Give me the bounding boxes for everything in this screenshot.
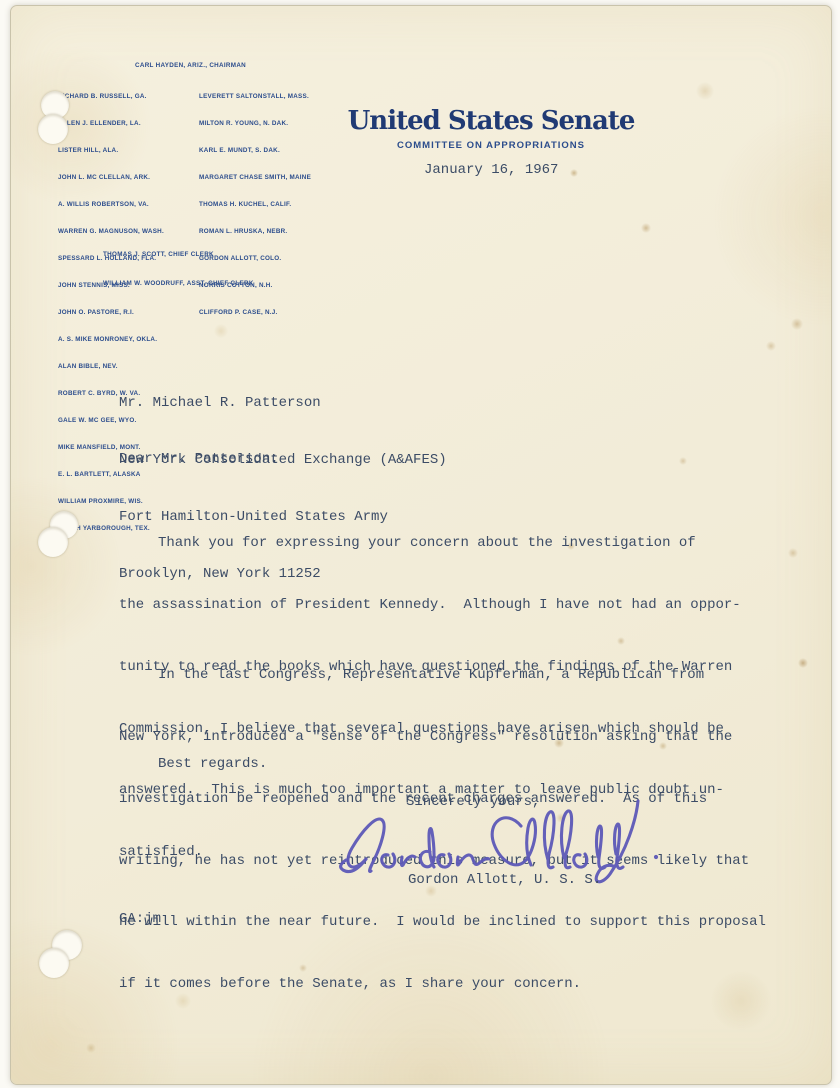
chairman-line: CARL HAYDEN, ARIZ., CHAIRMAN — [135, 62, 246, 69]
body-line: the assassination of President Kennedy. … — [119, 595, 741, 616]
body-line: New York, introduced a "sense of the Con… — [119, 727, 766, 748]
body-line: Thank you for expressing your concern ab… — [119, 533, 741, 554]
committee-name: COMMITTEE ON APPROPRIATIONS — [341, 140, 641, 151]
body-line: In the last Congress, Representative Kup… — [119, 665, 766, 686]
punch-hole — [38, 527, 68, 557]
salutation: Dear Mr. Patterson: — [119, 451, 279, 467]
recipient-line: Mr. Michael R. Patterson — [119, 394, 447, 413]
clerk-name: THOMAS J. SCOTT, CHIEF CLERK — [103, 250, 254, 260]
senator-name: LISTER HILL, ALA. — [58, 146, 164, 155]
clerk-name: WILLIAM W. WOODRUFF, ASST. CHIEF CLERK — [103, 279, 254, 289]
body-line: he will within the near future. I would … — [119, 912, 766, 933]
senator-name: THOMAS H. KUCHEL, CALIF. — [199, 200, 311, 209]
regards-line: Best regards. — [158, 756, 267, 772]
punch-hole — [39, 948, 69, 978]
senator-name: RICHARD B. RUSSELL, GA. — [58, 92, 164, 101]
typist-reference: GA:jm — [119, 911, 161, 927]
senator-name: A. WILLIS ROBERTSON, VA. — [58, 200, 164, 209]
senator-name: CLIFFORD P. CASE, N.J. — [199, 308, 311, 317]
body-line: if it comes before the Senate, as I shar… — [119, 974, 766, 995]
senator-name: JOHN O. PASTORE, R.I. — [58, 308, 164, 317]
senator-name: A. S. MIKE MONRONEY, OKLA. — [58, 335, 164, 344]
senator-name: LEVERETT SALTONSTALL, MASS. — [199, 92, 311, 101]
punch-hole — [38, 114, 68, 144]
senator-name: MARGARET CHASE SMITH, MAINE — [199, 173, 311, 182]
senator-name: JOHN L. MC CLELLAN, ARK. — [58, 173, 164, 182]
senator-name: KARL E. MUNDT, S. DAK. — [199, 146, 311, 155]
senate-title: United States Senate — [341, 106, 641, 136]
senator-name: ALLEN J. ELLENDER, LA. — [58, 119, 164, 128]
signature-typed-name: Gordon Allott, U. S. S. — [408, 872, 601, 888]
clerk-list: THOMAS J. SCOTT, CHIEF CLERK WILLIAM W. … — [103, 231, 254, 307]
letter-date: January 16, 1967 — [424, 162, 558, 178]
letter-page: CARL HAYDEN, ARIZ., CHAIRMAN RICHARD B. … — [10, 5, 832, 1085]
senator-name: MILTON R. YOUNG, N. DAK. — [199, 119, 311, 128]
